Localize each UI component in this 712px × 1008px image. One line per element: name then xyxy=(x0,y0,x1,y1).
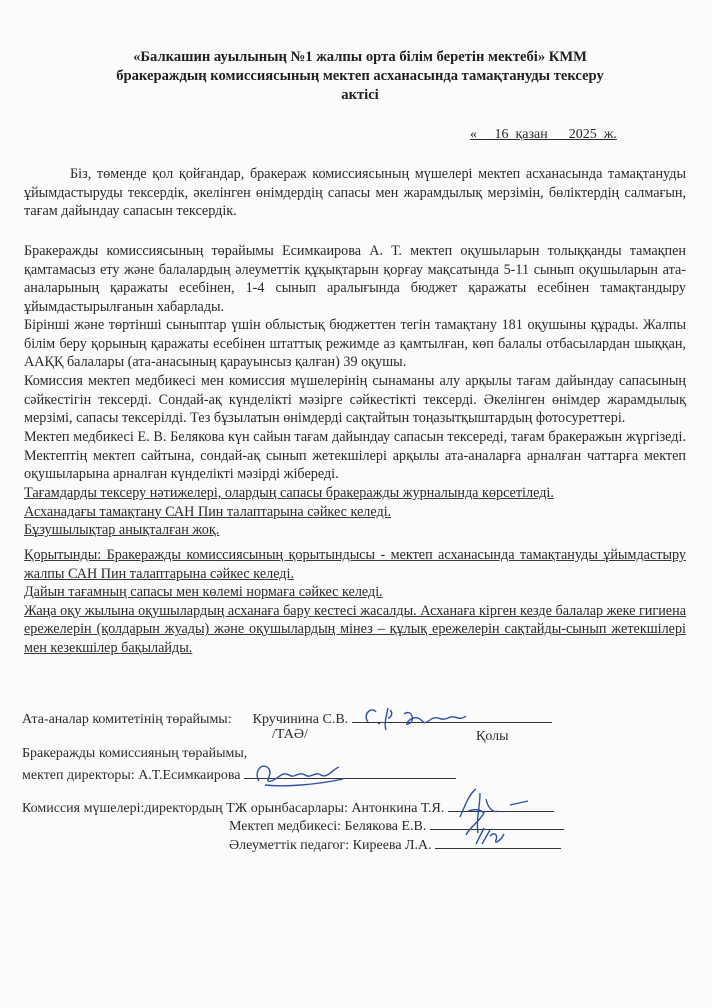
body-paragraph-free-meals: Бірінші және төртінші сыныптар үшін облы… xyxy=(24,316,686,372)
document-date: « 16 қазан 2025 ж. xyxy=(470,127,617,143)
intro-paragraph: Біз, төменде қол қойғандар, бракераж ком… xyxy=(24,165,686,221)
title-line-1: «Балкашин ауылының №1 жалпы орта білім б… xyxy=(80,48,640,67)
handwritten-signature-icon xyxy=(472,824,512,848)
document-page: — — — — — — — — — — — — — — — — — — — — … xyxy=(0,0,712,1008)
handwritten-signature-icon xyxy=(245,755,355,795)
body-paragraph-chair-report: Бракеражды комиссиясының төрайымы Есимка… xyxy=(24,242,686,316)
handwritten-signature-icon xyxy=(360,700,480,740)
parent-committee-label: Ата-аналар комитетінің төрайымы: xyxy=(22,712,232,727)
chair-signature-row: мектеп директоры: А.Т.Есимкаирова xyxy=(22,764,456,784)
chair-label-line-2: мектеп директоры: А.Т.Есимкаирова xyxy=(22,768,241,783)
body-paragraph-commission-check: Комиссия мектеп медбикесі мен комиссия м… xyxy=(24,372,686,428)
result-line-2: Асханадағы тамақтану САН Пин талаптарына… xyxy=(24,503,686,522)
body-paragraph-nurse: Мектеп медбикесі Е. В. Белякова күн сайы… xyxy=(24,428,686,484)
title-line-3: актісі xyxy=(80,86,640,105)
conclusion-line-3: Жаңа оқу жылына оқушылардың асханаға бар… xyxy=(24,602,686,658)
fio-caption: /ТАӘ/ xyxy=(272,727,308,743)
result-line-1: Тағамдарды тексеру нәтижелері, олардың с… xyxy=(24,484,686,503)
social-pedagogue-label: Әлеуметтік педагог: Киреева Л.А. xyxy=(229,838,432,853)
signature-caption: Қолы xyxy=(476,729,509,745)
results-block: Тағамдарды тексеру нәтижелері, олардың с… xyxy=(24,484,686,540)
title-line-2: бракераждың комиссиясының мектеп асханас… xyxy=(80,67,640,86)
conclusion-block: Қорытынды: Бракеражды комиссиясының қоры… xyxy=(24,546,686,658)
nurse-label: Мектеп медбикесі: Белякова Е.В. xyxy=(229,819,426,834)
document-title: «Балкашин ауылының №1 жалпы орта білім б… xyxy=(80,48,640,105)
result-line-3: Бұзушылықтар анықталған жоқ. xyxy=(24,521,686,540)
members-label: Комиссия мүшелері:директордың ТЖ орынбас… xyxy=(22,801,444,816)
conclusion-line-1: Қорытынды: Бракеражды комиссиясының қоры… xyxy=(24,546,686,583)
parent-committee-name: Кручинина С.В. xyxy=(253,712,349,727)
chair-label-line-1: Бракеражды комиссияның төрайымы, xyxy=(22,746,247,762)
conclusion-line-2: Дайын тағамның сапасы мен көлемі нормаға… xyxy=(24,583,686,602)
